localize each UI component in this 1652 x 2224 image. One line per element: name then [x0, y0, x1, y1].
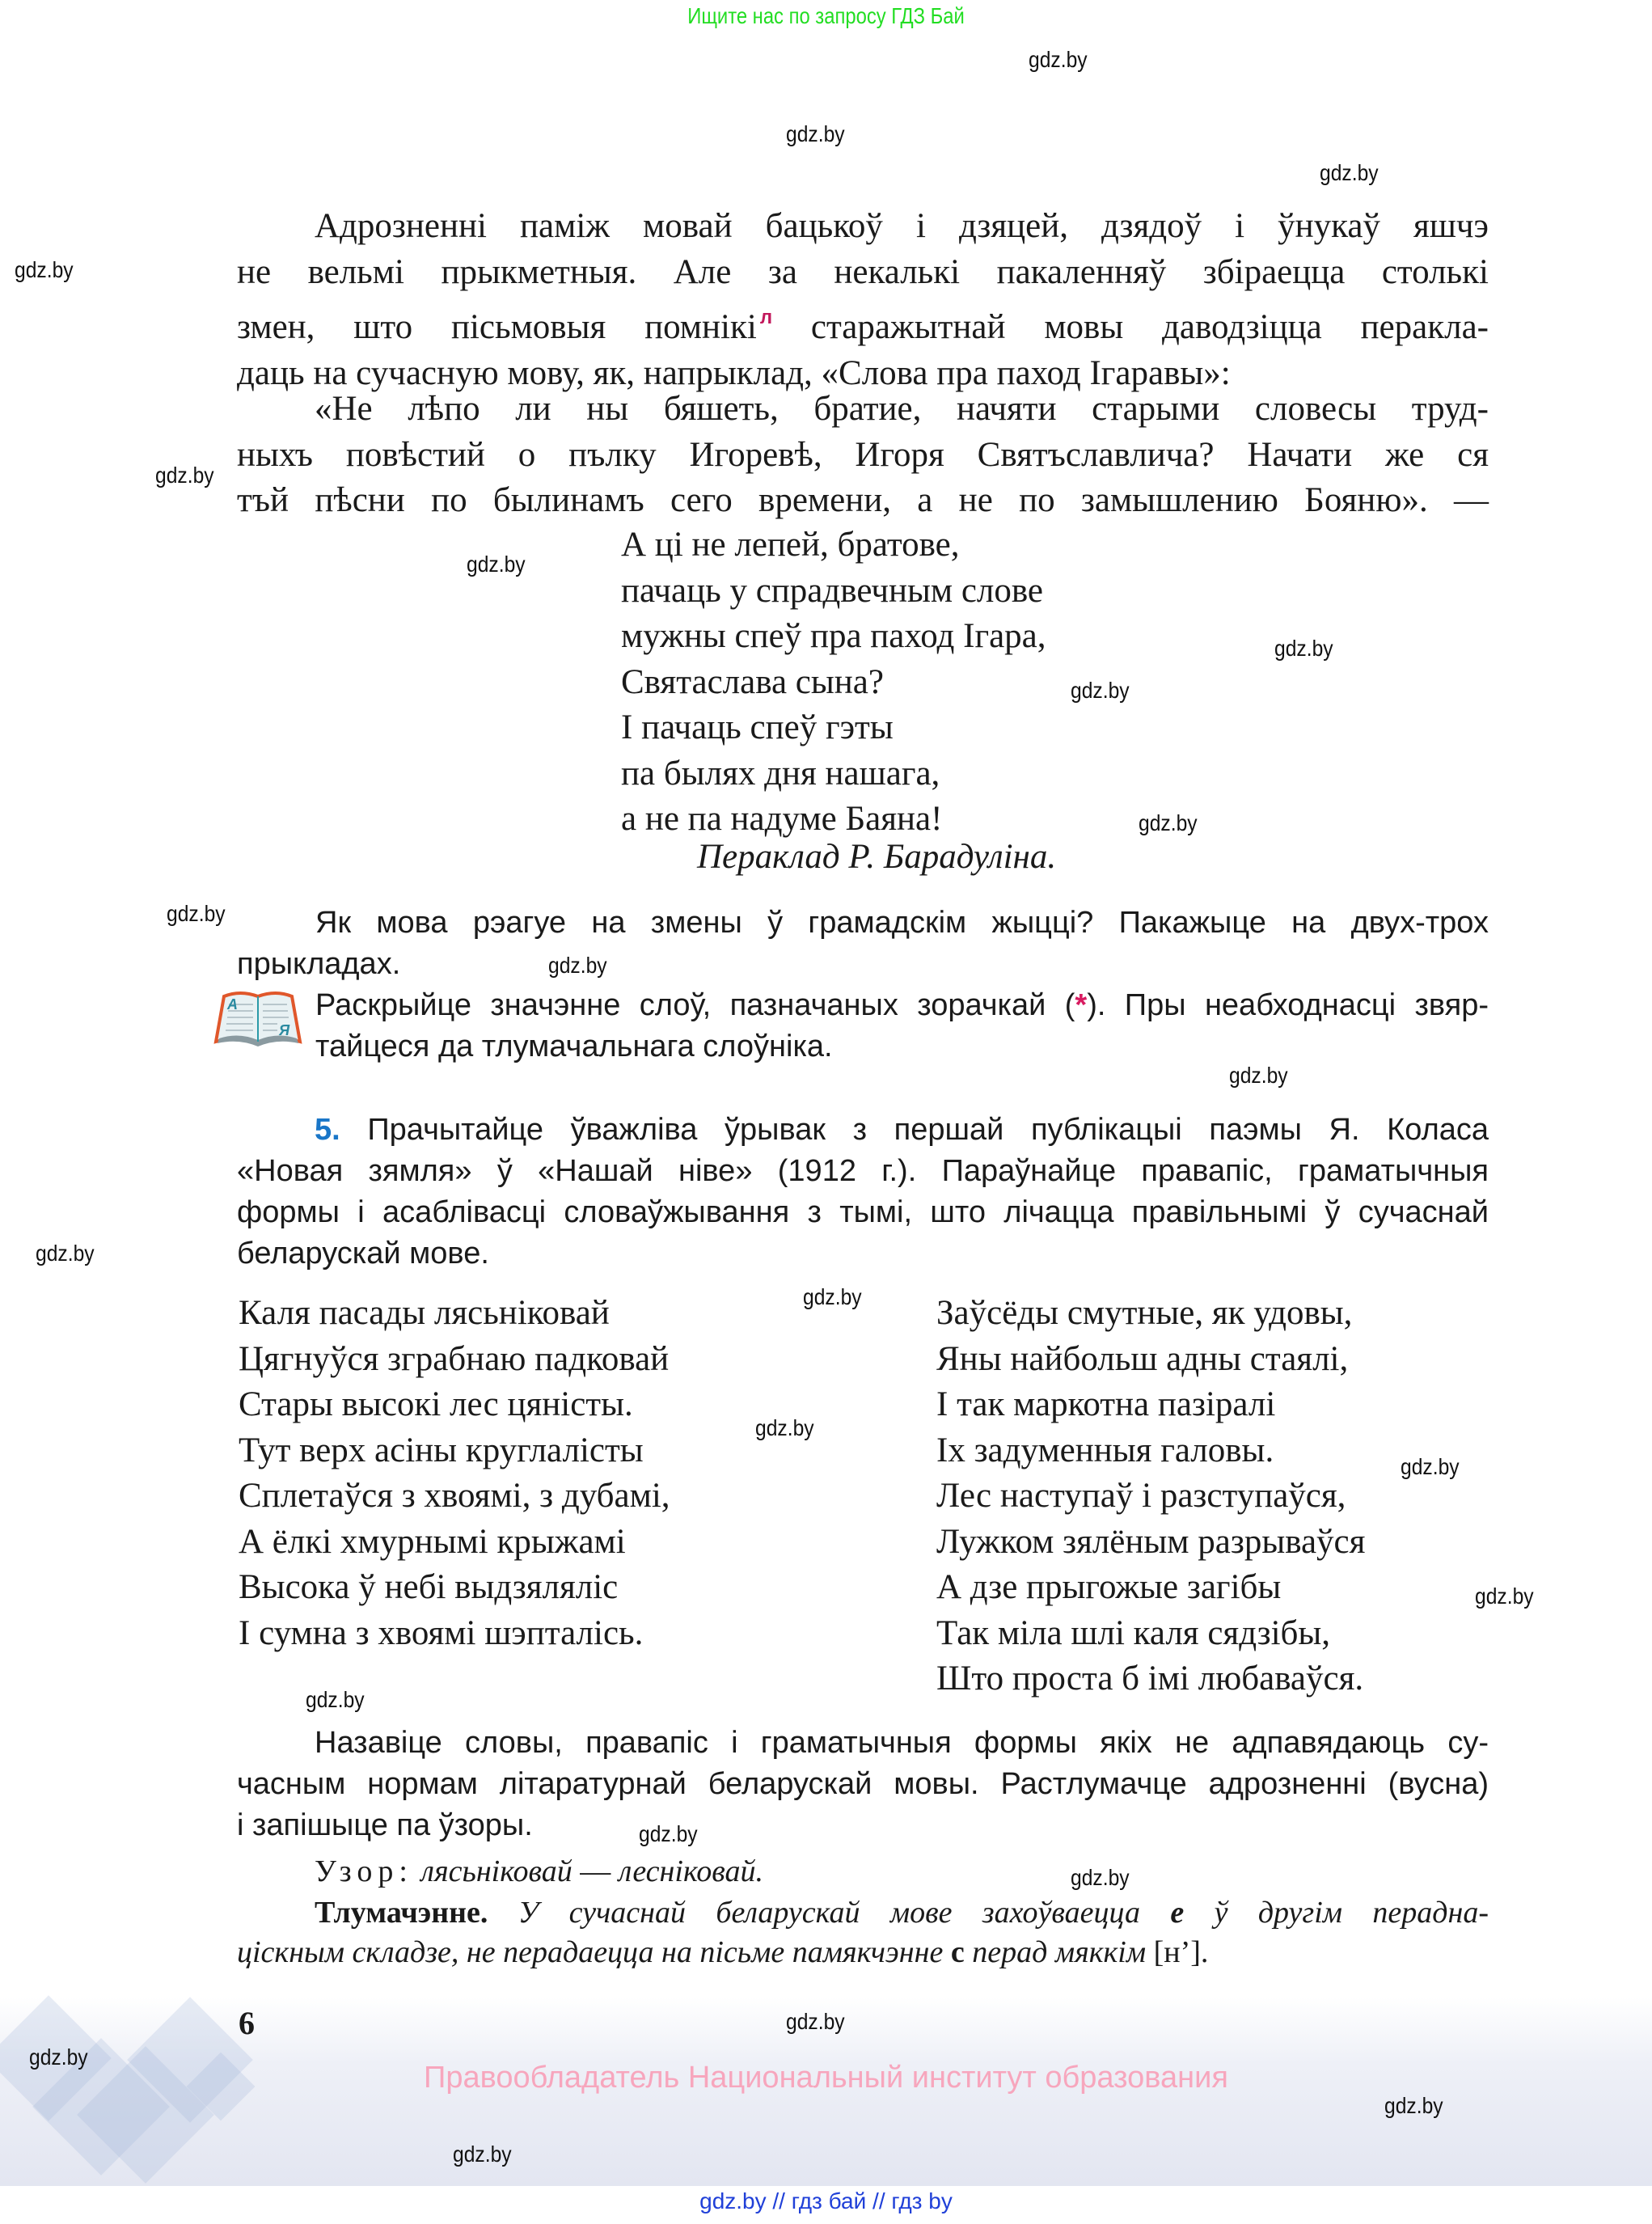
- watermark: gdz.by: [15, 257, 74, 283]
- poem-line: Стары высокі лес цяністы.: [239, 1382, 670, 1428]
- task-5-instruction: Назавіце словы, правапіс і граматычныя ф…: [237, 1723, 1489, 1846]
- text-line: Адрозненні паміж мовай бацькоў і дзяцей,…: [237, 204, 1489, 250]
- poem-line: Лес наступаў і разступаўся,: [936, 1474, 1365, 1520]
- bottom-links[interactable]: gdz.by // гдз бай // гдз by: [0, 2188, 1652, 2214]
- dictionary-note: Раскрыйце значэнне слоў, пазначаных зора…: [315, 985, 1489, 1068]
- poem-line: Іх задуменныя галовы.: [936, 1428, 1365, 1474]
- verse-line: І пачаць спеў гэты: [621, 705, 1046, 751]
- question-paragraph: Як мова рэагуе на змены ў грамадскім жыц…: [315, 903, 1489, 944]
- text-fragment: ў другім перадна-: [1215, 1896, 1489, 1930]
- translation-verse: А ці не лепей, братове, пачаць у спрадве…: [621, 522, 1046, 843]
- page-number: 6: [239, 2004, 255, 2042]
- text-line: не вельмі прыкметныя. Але за некалькі па…: [237, 250, 1489, 296]
- watermark: gdz.by: [1071, 678, 1130, 704]
- sample-example: Узор: лясьніковай — лесніковай.: [315, 1854, 763, 1889]
- watermark: gdz.by: [155, 463, 214, 488]
- poem-line: Цягнуўся зграбнаю падковай: [239, 1337, 670, 1383]
- watermark: gdz.by: [36, 1241, 95, 1266]
- text-line: тайцеся да тлумачальнага слоўніка.: [315, 1026, 1489, 1068]
- poem-line: А дзе прыгожые загібы: [936, 1565, 1365, 1611]
- watermark: gdz.by: [755, 1415, 814, 1441]
- poem-left-column: Каля пасады лясьніковай Цягнуўся зграбна…: [239, 1291, 670, 1656]
- watermark: gdz.by: [1071, 1865, 1130, 1891]
- sample-new-word: лесніковай.: [619, 1854, 763, 1888]
- text-fragment: Раскрыйце значэнне слоў, пазначаных зора…: [315, 988, 1075, 1022]
- explanation-note: Тлумачэнне. У сучаснай беларускай мове з…: [237, 1893, 1489, 1972]
- text-line: ныхъ повѣстий о пълку Игоревѣ, Игоря Свя…: [237, 433, 1489, 479]
- text-line: прыкладах.: [237, 944, 1489, 985]
- asterisk-marker: *: [1075, 988, 1087, 1022]
- watermark: gdz.by: [167, 901, 226, 927]
- old-text-quote: «Не лѣпо ли ны бяшеть, братие, начяти ст…: [237, 387, 1489, 524]
- text-line: «Новая зямля» ў «Нашай ніве» (1912 г.). …: [237, 1151, 1489, 1192]
- text-line: беларускай мове.: [237, 1233, 1489, 1275]
- watermark: gdz.by: [453, 2142, 512, 2167]
- poem-line: А ёлкі хмурнымі крыжамі: [239, 1520, 670, 1566]
- text-line: часным нормам літаратурнай беларускай мо…: [237, 1764, 1489, 1805]
- intro-paragraph: Адрозненні паміж мовай бацькоў і дзяцей,…: [237, 204, 1489, 396]
- text-line: Назавіце словы, правапіс і граматычныя ф…: [237, 1723, 1489, 1764]
- question-paragraph-cont: прыкладах.: [237, 944, 1489, 985]
- task-5: 5. Прачытайце ўважліва ўрывак з першай п…: [237, 1110, 1489, 1275]
- verse-line: Святаслава сына?: [621, 660, 1046, 706]
- copyright-notice: Правообладатель Национальный институт об…: [0, 2061, 1652, 2095]
- highlight-letter: е: [1170, 1896, 1184, 1930]
- poem-line: Сплетаўся з хвоямі, з дубамі,: [239, 1474, 670, 1520]
- verse-line: пачаць у спрадвечным слове: [621, 569, 1046, 615]
- poem-line: І так маркотна пазіралі: [936, 1382, 1365, 1428]
- poem-line: І сумна з хвоямі шэпталісь.: [239, 1611, 670, 1657]
- watermark: gdz.by: [1139, 810, 1198, 836]
- poem-line: Што проста б імі любаваўся.: [936, 1656, 1365, 1702]
- text-line: змен, што пісьмовыя помнікіл старажытнай…: [237, 295, 1489, 351]
- text-line: Раскрыйце значэнне слоў, пазначаных зора…: [315, 985, 1489, 1026]
- open-book-icon: A Я: [213, 985, 303, 1048]
- verse-line: мужны спеў пра паход Ігара,: [621, 614, 1046, 660]
- poem-line: Яны найбольш адны стаялі,: [936, 1337, 1365, 1383]
- text-line: тъй пѣсни по былинамъ сего времени, а не…: [237, 478, 1489, 524]
- text-fragment: старажытнай мовы даводзіцца перакла-: [811, 308, 1489, 346]
- poem-line: Тут верх асіны круглалісты: [239, 1428, 670, 1474]
- translation-attribution: Пераклад Р. Барадуліна.: [697, 837, 1056, 877]
- footnote-marker: л: [760, 307, 772, 328]
- poem-line: Заўсёды смутные, як удовы,: [936, 1291, 1365, 1337]
- verse-line: А ці не лепей, братове,: [621, 522, 1046, 569]
- explanation-label: Тлумачэнне.: [315, 1896, 488, 1930]
- sample-label: Узор:: [315, 1854, 413, 1888]
- watermark: gdz.by: [467, 552, 526, 577]
- text-fragment: перад мяккім: [972, 1935, 1146, 1969]
- poem-line: Лужком зялёным разрываўся: [936, 1520, 1365, 1566]
- text-line: Тлумачэнне. У сучаснай беларускай мове з…: [237, 1893, 1489, 1933]
- sample-old-word: лясьніковай: [420, 1854, 572, 1888]
- highlight-letter: с: [951, 1935, 965, 1969]
- verse-line: а не па надуме Баяна!: [621, 797, 1046, 843]
- top-banner: Ищите нас по запросу ГДЗ Бай: [124, 3, 1528, 29]
- watermark: gdz.by: [306, 1687, 365, 1713]
- watermark: gdz.by: [1029, 47, 1088, 73]
- text-line: Як мова рэагуе на змены ў грамадскім жыц…: [315, 903, 1489, 944]
- text-fragment: Прачытайце ўважліва ўрывак з першай публ…: [367, 1113, 1489, 1147]
- text-fragment: У сучаснай беларускай мове захоўваецца: [518, 1896, 1140, 1930]
- poem-line: Высока ў небі выдзяляліс: [239, 1565, 670, 1611]
- svg-text:Я: Я: [278, 1022, 290, 1038]
- text-line: ціскным складзе, не перадаецца на пісьме…: [237, 1933, 1489, 1972]
- text-line: і запішыце па ўзоры.: [237, 1805, 1489, 1846]
- poem-line: Каля пасады лясьніковай: [239, 1291, 670, 1337]
- watermark: gdz.by: [1320, 160, 1379, 186]
- watermark: gdz.by: [1401, 1454, 1460, 1480]
- text-line: 5. Прачытайце ўважліва ўрывак з першай п…: [237, 1110, 1489, 1151]
- phonetic-notation: [н’].: [1154, 1935, 1209, 1969]
- text-fragment: ). Пры неабходнасці звяр-: [1087, 988, 1489, 1022]
- task-number: 5.: [315, 1113, 340, 1147]
- verse-line: па былях дня нашага,: [621, 751, 1046, 797]
- svg-text:A: A: [226, 996, 238, 1013]
- text-fragment: змен, што пісьмовыя помнікі: [237, 308, 757, 346]
- poem-line: Так міла шлі каля сядзібы,: [936, 1611, 1365, 1657]
- poem-right-column: Заўсёды смутные, як удовы, Яны найбольш …: [936, 1291, 1365, 1702]
- watermark: gdz.by: [1384, 2093, 1443, 2119]
- text-line: «Не лѣпо ли ны бяшеть, братие, начяти ст…: [237, 387, 1489, 433]
- text-line: формы і асаблівасці словаўжывання з тымі…: [237, 1192, 1489, 1233]
- text-fragment: ціскным складзе, не перадаецца на пісьме…: [237, 1935, 943, 1969]
- watermark: gdz.by: [1274, 636, 1333, 662]
- watermark: gdz.by: [786, 2009, 845, 2035]
- watermark: gdz.by: [803, 1284, 862, 1310]
- watermark: gdz.by: [1475, 1583, 1534, 1609]
- watermark: gdz.by: [786, 121, 845, 147]
- sample-dash: —: [580, 1854, 611, 1888]
